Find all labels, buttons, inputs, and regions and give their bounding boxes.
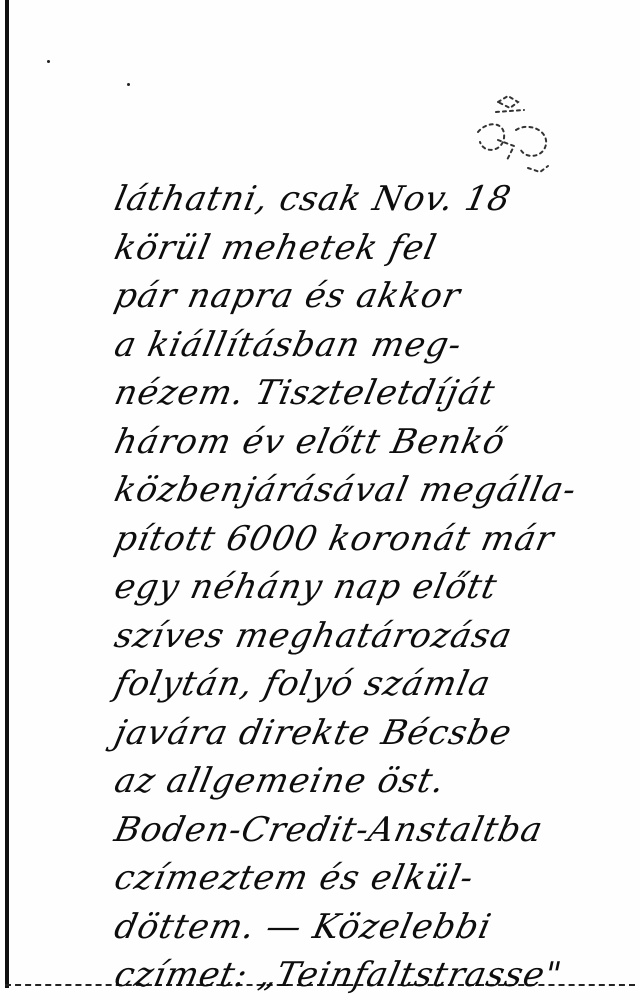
handwritten-text-body: láthatni, csak Nov. 18 körül mehetek fel… [110,175,630,1000]
text-line: nézem. Tiszteletdíját [110,369,640,418]
letter-page: láthatni, csak Nov. 18 körül mehetek fel… [0,0,640,1000]
text-line: szíves meghatározása [110,612,640,661]
text-line: láthatni, csak Nov. 18 [110,175,640,224]
text-line: czímeztem és elkül- [110,854,640,903]
embossed-monogram-stamp-icon [458,82,568,182]
text-line: pár napra és akkor [110,272,640,321]
text-line: javára direkte Bécsbe [110,709,640,758]
text-line: körül mehetek fel [110,224,640,273]
text-line: folytán, folyó számla [110,660,640,709]
text-line: pított 6000 koronát már [110,515,640,564]
left-margin-border [5,0,9,988]
text-line: három év előtt Benkő [110,418,640,467]
text-line: egy néhány nap előtt [110,563,640,612]
text-line: döttem. — Közelebbi [110,903,640,952]
text-line: közbenjárásával megálla- [110,466,640,515]
text-line: a kiállításban meg- [110,321,640,370]
text-line: az allgemeine öst. [110,757,640,806]
ink-speck [47,60,50,63]
text-line: Boden-Credit-Anstaltba [110,806,640,855]
text-line: czímet: „Teinfaltstrasse" [110,951,640,1000]
ink-speck [127,83,130,86]
